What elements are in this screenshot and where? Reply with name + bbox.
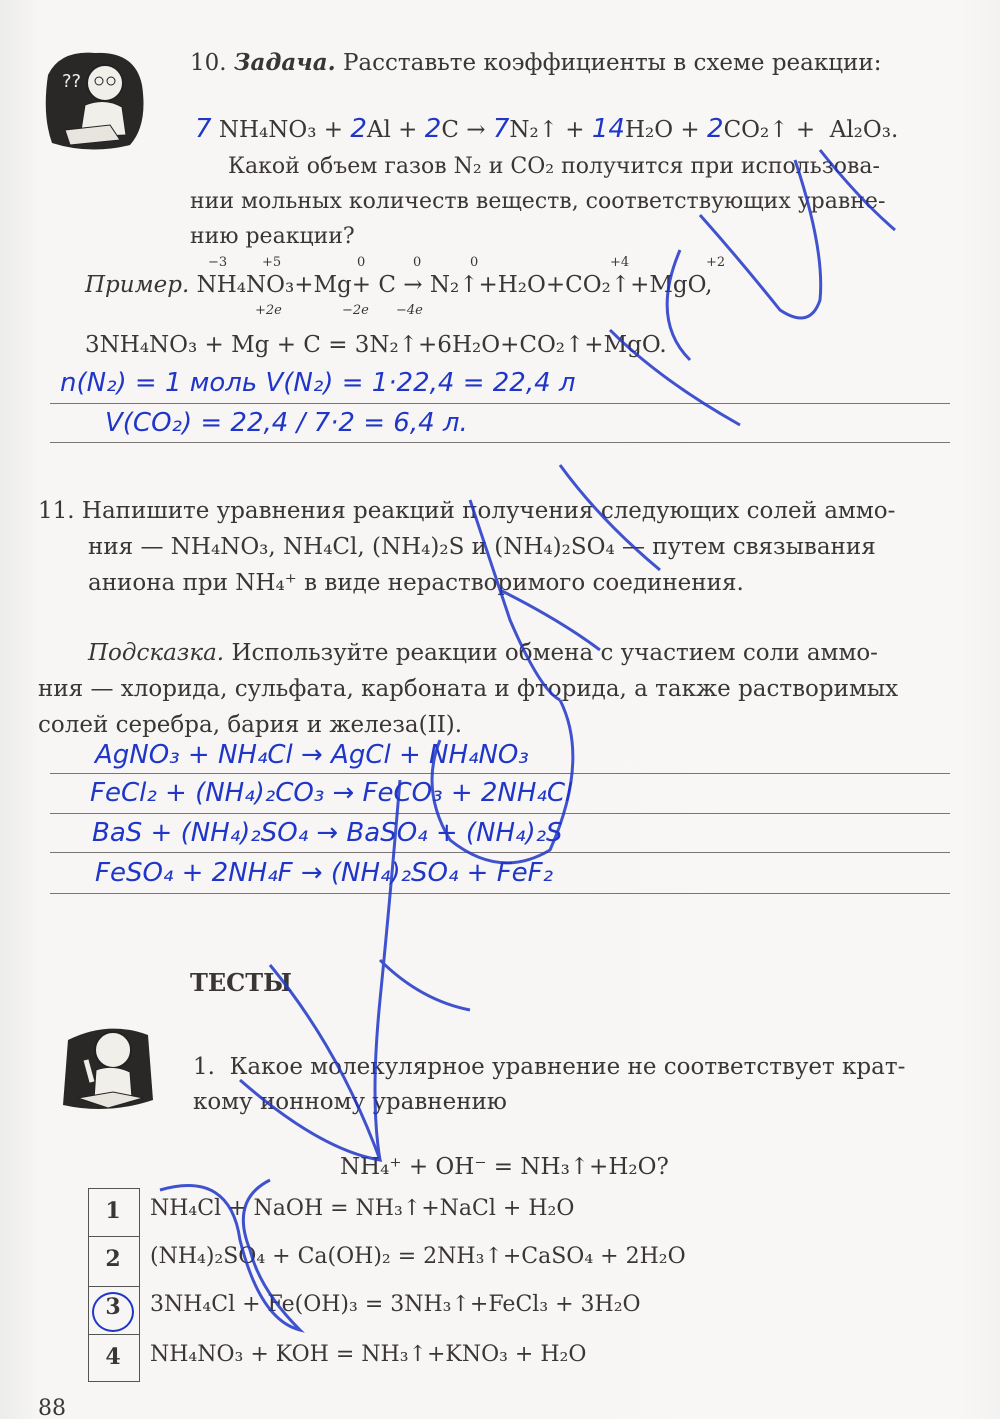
thinking-student-icon: ?? bbox=[40, 45, 150, 155]
task11-hint-line-1: Подсказка. Используйте реакции обмена с … bbox=[88, 636, 878, 670]
tests-heading: ТЕСТЫ bbox=[190, 966, 292, 1000]
handwritten-reaction: BaS + (NH₄)₂SO₄ → BaSO₄ + (NH₄)₂S bbox=[92, 818, 563, 848]
test-q1-line-1: 1. Какое молекулярное уравнение не соотв… bbox=[193, 1050, 905, 1084]
test-q1-line-2: кому ионному уравнению bbox=[193, 1085, 507, 1119]
option-equation: NH₄Cl + NaOH = NH₃↑+NaCl + H₂O bbox=[150, 1196, 574, 1221]
answer-rule bbox=[50, 773, 950, 774]
answer-rule bbox=[50, 893, 950, 894]
option-equation: 3NH₄Cl + Fe(OH)₃ = 3NH₃↑+FeCl₃ + 3H₂O bbox=[150, 1292, 641, 1317]
handwritten-reaction: FeSO₄ + 2NH₄F → (NH₄)₂SO₄ + FeF₂ bbox=[95, 858, 553, 888]
task10-example-balanced: 3NH₄NO₃ + Mg + C = 3N₂↑+6H₂O+CO₂↑+MgO. bbox=[85, 328, 667, 362]
selected-answer-circle bbox=[92, 1292, 134, 1332]
option-equation: (NH₄)₂SO₄ + Ca(OH)₂ = 2NH₃↑+CaSO₄ + 2H₂O bbox=[150, 1244, 686, 1269]
task10-example: Пример. NH₄NO₃+Mg+ C → N₂↑+H₂O+CO₂↑+MgO, bbox=[85, 268, 712, 302]
task10-question-line-1: Какой объем газов N₂ и CO₂ получится при… bbox=[228, 150, 880, 184]
answer-rule bbox=[50, 813, 950, 814]
task11-line-3: аниона при NH₄⁺ в виде нерастворимого со… bbox=[88, 566, 744, 600]
option-number: 2 bbox=[88, 1246, 138, 1272]
option-number: 1 bbox=[88, 1198, 138, 1224]
handwritten-answer-line: n(N₂) = 1 моль V(N₂) = 1·22,4 = 22,4 л bbox=[60, 368, 576, 398]
handwritten-reaction: AgNO₃ + NH₄Cl → AgCl + NH₄NO₃ bbox=[95, 740, 529, 770]
task10-header: 10. Задача. Расставьте коэффициенты в сх… bbox=[190, 46, 881, 80]
electron-count: +2e bbox=[255, 303, 282, 318]
option-number: 4 bbox=[88, 1344, 138, 1370]
answer-rule bbox=[50, 403, 950, 404]
student-with-book-icon bbox=[48, 1010, 158, 1120]
task10-question-line-2: нии мольных количеств веществ, соответст… bbox=[190, 185, 885, 219]
task11-hint-line-3: солей серебра, бария и железа(II). bbox=[38, 708, 462, 742]
option-equation: NH₄NO₃ + KOH = NH₃↑+KNO₃ + H₂O bbox=[150, 1342, 586, 1367]
task11-hint-line-2: ния — хлорида, сульфата, карбоната и фто… bbox=[38, 672, 898, 706]
test-q1-ionic-equation: NH₄⁺ + OH⁻ = NH₃↑+H₂O? bbox=[340, 1150, 669, 1184]
task10-question-line-3: нию реакции? bbox=[190, 220, 355, 254]
page-number: 88 bbox=[38, 1392, 66, 1419]
task11-line-2: ния — NH₄NO₃, NH₄Cl, (NH₄)₂S и (NH₄)₂SO₄… bbox=[88, 530, 876, 564]
task10-scheme: 7 NH₄NO₃ + 2Al + 2C → 7N₂↑ + 14H₂O + 2CO… bbox=[195, 112, 898, 147]
handwritten-reaction: FeCl₂ + (NH₄)₂CO₃ → FeCO₃ + 2NH₄Cl bbox=[90, 778, 572, 808]
task11-line-1: 11. Напишите уравнения реакций получения… bbox=[38, 494, 895, 528]
answer-rule bbox=[50, 852, 950, 853]
electron-count: −2e bbox=[342, 303, 369, 318]
options-divider bbox=[88, 1236, 140, 1237]
options-divider bbox=[88, 1286, 140, 1287]
answer-rule bbox=[50, 442, 950, 443]
handwritten-answer-line: V(CO₂) = 22,4 / 7·2 = 6,4 л. bbox=[105, 408, 468, 438]
svg-text:??: ?? bbox=[62, 71, 81, 92]
options-divider bbox=[88, 1334, 140, 1335]
electron-count: −4e bbox=[396, 303, 423, 318]
